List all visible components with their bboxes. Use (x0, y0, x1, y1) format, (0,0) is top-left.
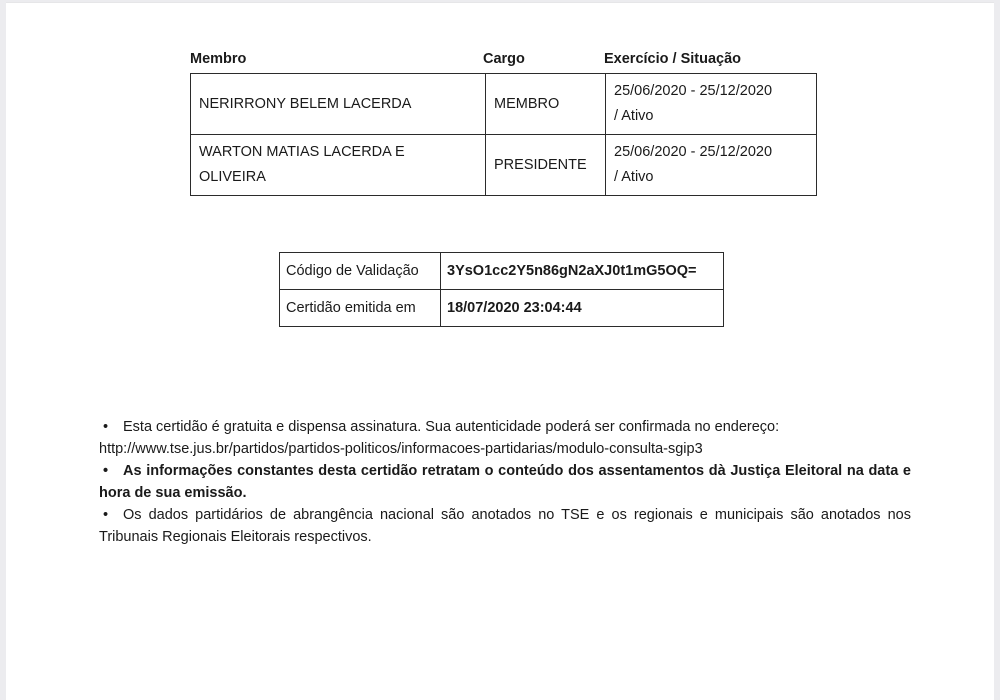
issued-at-label: Certidão emitida em (280, 290, 441, 327)
bullet-icon: • (99, 504, 123, 526)
note-authenticity: •Esta certidão é gratuita e dispensa ass… (99, 416, 911, 460)
issued-at-value: 18/07/2020 23:04:44 (441, 290, 724, 327)
bullet-icon: • (99, 460, 123, 482)
header-role: Cargo (483, 51, 525, 67)
table-row: NERIRRONY BELEM LACERDA MEMBRO 25/06/202… (191, 74, 817, 135)
member-period-status: 25/06/2020 - 25/12/2020 / Ativo (606, 74, 817, 135)
members-table: NERIRRONY BELEM LACERDA MEMBRO 25/06/202… (190, 73, 817, 196)
header-member: Membro (190, 51, 246, 67)
table-row: WARTON MATIAS LACERDA E OLIVEIRA PRESIDE… (191, 135, 817, 196)
member-name: NERIRRONY BELEM LACERDA (191, 74, 486, 135)
validation-table: Código de Validação 3YsO1cc2Y5n86gN2aXJ0… (279, 252, 724, 327)
certificate-page: Membro Cargo Exercício / Situação NERIRR… (6, 2, 994, 700)
validation-code-value: 3YsO1cc2Y5n86gN2aXJ0t1mG5OQ= (441, 253, 724, 290)
note-information: •As informações constantes desta certidã… (99, 460, 911, 504)
note-jurisdiction: •Os dados partidários de abrangência nac… (99, 504, 911, 548)
member-name: WARTON MATIAS LACERDA E OLIVEIRA (191, 135, 486, 196)
validation-code-label: Código de Validação (280, 253, 441, 290)
verification-link[interactable]: http://www.tse.jus.br/partidos/partidos-… (99, 438, 911, 460)
member-period-status: 25/06/2020 - 25/12/2020 / Ativo (606, 135, 817, 196)
validation-code-row: Código de Validação 3YsO1cc2Y5n86gN2aXJ0… (280, 253, 724, 290)
member-role: PRESIDENTE (486, 135, 606, 196)
issued-at-row: Certidão emitida em 18/07/2020 23:04:44 (280, 290, 724, 327)
bullet-icon: • (99, 416, 123, 438)
header-period-status: Exercício / Situação (604, 51, 741, 67)
certificate-notes: •Esta certidão é gratuita e dispensa ass… (99, 416, 911, 548)
member-role: MEMBRO (486, 74, 606, 135)
